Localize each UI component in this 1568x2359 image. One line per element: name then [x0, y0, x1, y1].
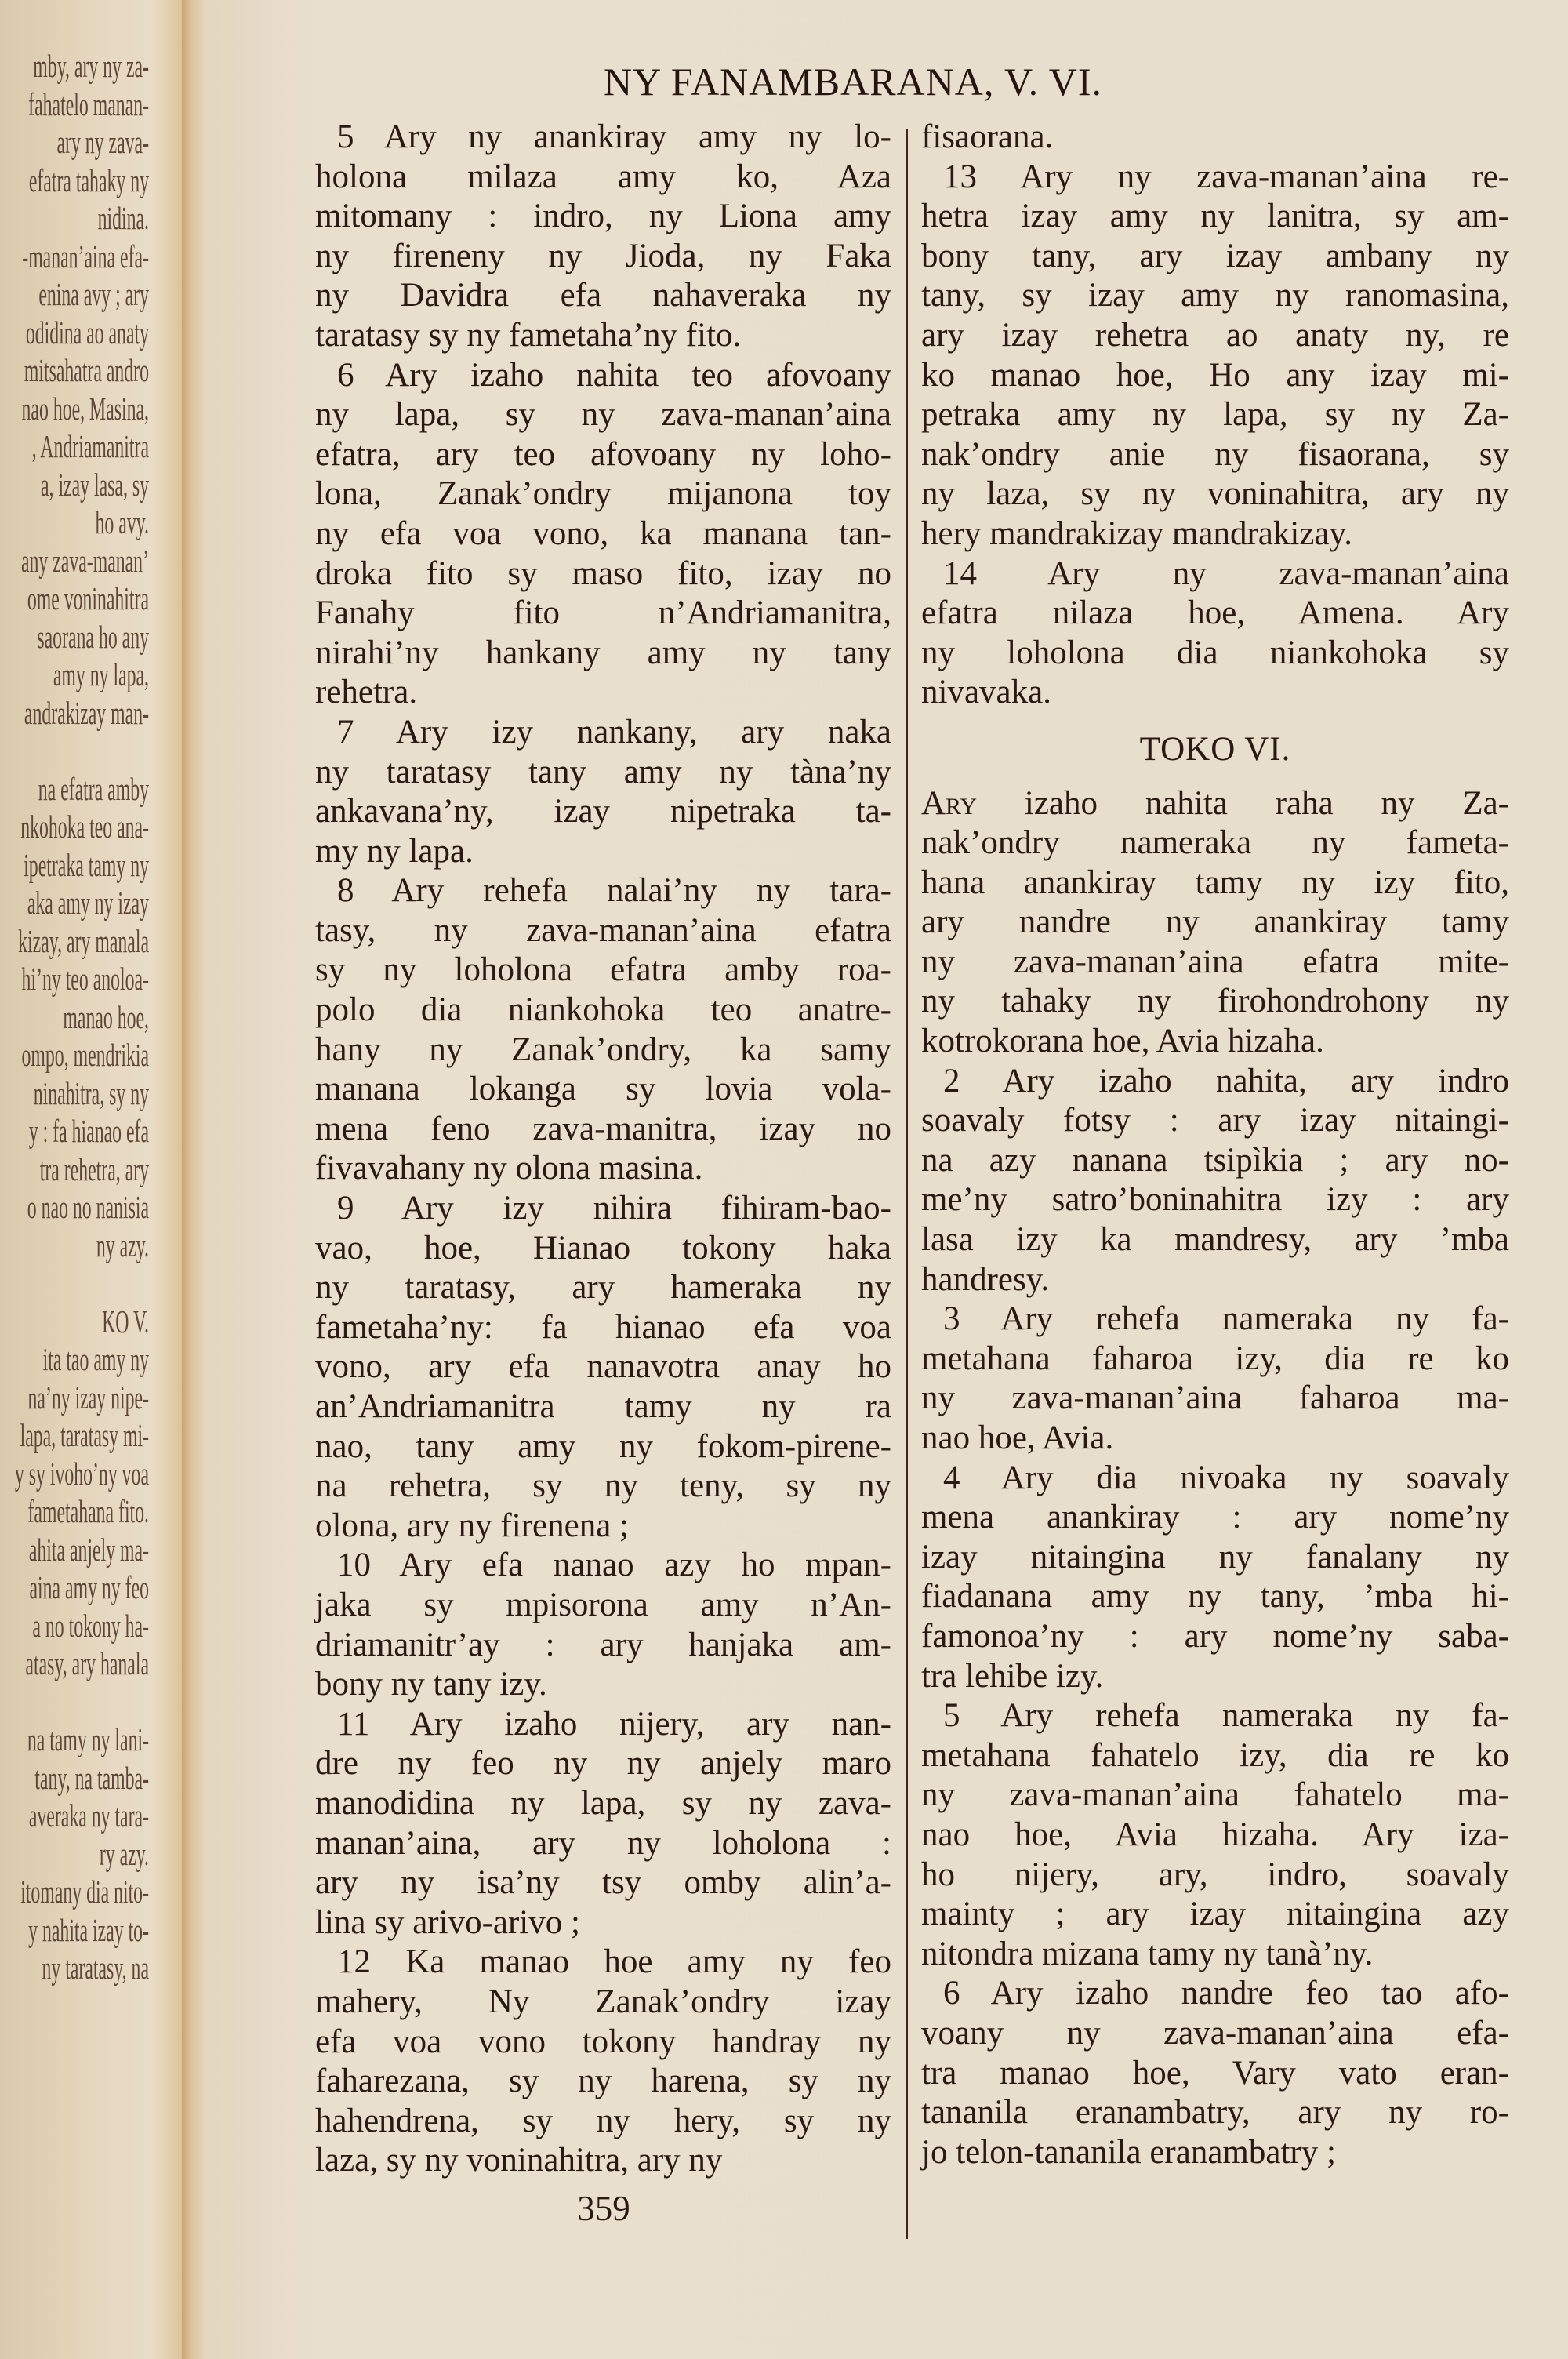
verse-start-line: 11 Ary izaho nijery, ary nan- — [315, 1705, 891, 1745]
opening-text: izaho nahita raha ny Za- — [977, 785, 1509, 822]
verse-start-line: 8 Ary rehefa nalai’ny ny tara- — [315, 871, 891, 911]
text-line: ny taratasy, ary hameraka ny — [315, 1268, 891, 1308]
chapter-heading: TOKO VI. — [921, 730, 1509, 770]
text-line: lina sy arivo-arivo ; — [315, 1903, 891, 1943]
text-line: tra lehibe izy. — [921, 1657, 1509, 1697]
text-line: ko manao hoe, Ho any izay mi- — [921, 356, 1509, 396]
verse-start-line: 13 Ary ny zava-manan’aina re- — [921, 158, 1509, 198]
text-line: famonoa’ny : ary nome’ny saba- — [921, 1617, 1509, 1657]
verse-start-line: 10 Ary efa nanao azy ho mpan- — [315, 1546, 891, 1586]
facing-page-line: ompo, mendrikia — [0, 1036, 149, 1074]
text-line: tananila eranambatry, ary ny ro- — [921, 2093, 1509, 2133]
text-line: faharezana, sy ny harena, sy ny — [315, 2062, 891, 2102]
facing-page-line: KO V. — [0, 1303, 149, 1341]
text-column-left: 5 Ary ny anankiray amy ny lo-holona mila… — [315, 118, 891, 2181]
text-line: ny zava-manan’aina fahatelo ma- — [921, 1776, 1509, 1816]
facing-page-line: ahita anjely ma- — [0, 1531, 149, 1569]
facing-page-line: atasy, ary hanala — [0, 1645, 149, 1683]
column-rule — [906, 129, 908, 2239]
facing-page-line: a, izay lasa, sy — [0, 466, 149, 504]
text-line: ny lapa, sy ny zava-manan’aina — [315, 395, 891, 435]
text-line: voany ny zava-manan’aina efa- — [921, 2014, 1509, 2054]
text-line: vono, ary efa nanavotra anay ho — [315, 1347, 891, 1387]
text-line: driamanitr’ay : ary hanjaka am- — [315, 1626, 891, 1666]
facing-page-line: aina amy ny feo — [0, 1568, 149, 1607]
facing-page-line: fahatelo manan- — [0, 85, 149, 124]
text-line: ny efa voa vono, ka manana tan- — [315, 514, 891, 554]
verse-start-line: 4 Ary dia nivoaka ny soavaly — [921, 1459, 1509, 1499]
text-line: rehetra. — [315, 673, 891, 713]
facing-page-line: efatra tahaky ny — [0, 162, 149, 200]
text-line: mainty ; ary izay nitaingina azy — [921, 1895, 1509, 1935]
text-line: efatra, ary teo afovoany ny loho- — [315, 435, 891, 475]
facing-page-line: hi’ny teo anoloa- — [0, 960, 149, 998]
text-line: me’ny satro’boninahitra izy : ary — [921, 1180, 1509, 1220]
facing-page-line: tany, na tamba- — [0, 1759, 149, 1797]
page-number: 359 — [564, 2188, 643, 2229]
text-line: nao hoe, Avia hizaha. Ary iza- — [921, 1816, 1509, 1856]
text-line: laza, sy ny voninahitra, ary ny — [315, 2141, 891, 2181]
facing-page-line: any zava-manan’ — [0, 542, 149, 580]
text-line: fivavahany ny olona masina. — [315, 1149, 891, 1189]
facing-page-line: ninahitra, sy ny — [0, 1074, 149, 1113]
facing-page-line: y sy ivoho’ny voa — [0, 1455, 149, 1493]
facing-page-line: ary ny zava- — [0, 123, 149, 162]
text-line: olona, ary ny firenena ; — [315, 1507, 891, 1547]
verse-start-line: 5 Ary ny anankiray amy ny lo- — [315, 118, 891, 158]
text-line: taratasy sy ny fametaha’ny fito. — [315, 316, 891, 356]
text-line: hery mandrakizay mandrakizay. — [921, 514, 1509, 554]
facing-page-line: averaka ny tara- — [0, 1797, 149, 1835]
text-line: na azy nanana tsipìkia ; ary no- — [921, 1141, 1509, 1181]
text-line: ny tahaky ny firohondrohony ny — [921, 982, 1509, 1022]
text-line: lasa izy ka mandresy, ary ’mba — [921, 1220, 1509, 1260]
facing-page-line: ny azy. — [0, 1227, 149, 1265]
text-line: mahery, Ny Zanak’ondry izay — [315, 1983, 891, 2023]
text-line: hana anankiray tamy ny izy fito, — [921, 863, 1509, 903]
facing-page-line: andrakizay man- — [0, 694, 149, 732]
facing-page-text: mby, ary ny za-fahatelo manan-ary ny zav… — [0, 47, 149, 1987]
text-line: ary izay rehetra ao anaty ny, re — [921, 316, 1509, 356]
text-line: nak’ondry anie ny fisaorana, sy — [921, 435, 1509, 475]
facing-page-line: lapa, taratasy mi- — [0, 1416, 149, 1455]
text-line: ny Davidra efa nahaveraka ny — [315, 276, 891, 316]
text-line: kotrokorana hoe, Avia hizaha. — [921, 1022, 1509, 1062]
text-line: mena feno zava-manitra, izay no — [315, 1110, 891, 1150]
facing-page-line: nkohoka teo ana- — [0, 808, 149, 846]
facing-page-line: fametahana fito. — [0, 1492, 149, 1531]
verse-start-line: 6 Ary izaho nahita teo afovoany — [315, 356, 891, 396]
text-line: ary ny isa’ny tsy omby alin’a- — [315, 1863, 891, 1903]
facing-page-line: amy ny lapa, — [0, 656, 149, 694]
verse-start-line: 7 Ary izy nankany, ary naka — [315, 713, 891, 753]
facing-page-line: a no tokony ha- — [0, 1607, 149, 1645]
facing-page-line: na’ny izay nipe- — [0, 1379, 149, 1417]
text-line: droka fito sy maso fito, izay no — [315, 554, 891, 594]
text-line: ny taratasy tany amy ny tàna’ny — [315, 753, 891, 793]
text-line: izay nitaingina ny fanalany ny — [921, 1538, 1509, 1578]
facing-page-line — [0, 1683, 149, 1721]
text-line: fametaha’ny: fa hianao efa voa — [315, 1308, 891, 1348]
facing-page-line: y : fa hianao efa — [0, 1112, 149, 1150]
facing-page-line: mitsahatra andro — [0, 351, 149, 390]
text-line: an’Andriamanitra tamy ny ra — [315, 1387, 891, 1427]
text-line: petraka amy ny lapa, sy ny Za- — [921, 395, 1509, 435]
text-line: metahana faharoa izy, dia re ko — [921, 1339, 1509, 1379]
facing-page-line: nao hoe, Masina, — [0, 390, 149, 428]
facing-page-line: ipetraka tamy ny — [0, 846, 149, 885]
text-line: tra manao hoe, Vary vato eran- — [921, 2054, 1509, 2094]
verse-start-line: 6 Ary izaho nandre feo tao afo- — [921, 1974, 1509, 2014]
facing-page-line: nidina. — [0, 199, 149, 238]
text-line: ankavana’ny, izay nipetraka ta- — [315, 792, 891, 832]
text-line: mitomany : indro, ny Liona amy — [315, 197, 891, 237]
text-column-right: fisaorana.13 Ary ny zava-manan’aina re-h… — [921, 118, 1509, 2172]
facing-page-line: kizay, ary manala — [0, 922, 149, 961]
text-line: sy ny loholona efatra amby roa- — [315, 951, 891, 990]
text-line: manodidina ny lapa, sy ny zava- — [315, 1784, 891, 1824]
text-line: my ny lapa. — [315, 832, 891, 872]
text-line: fiadanana amy ny tany, ’mba hi- — [921, 1577, 1509, 1617]
facing-page-line: mby, ary ny za- — [0, 47, 149, 85]
verse-start-line: 5 Ary rehefa nameraka ny fa- — [921, 1696, 1509, 1736]
text-line: Fanahy fito n’Andriamanitra, — [315, 594, 891, 634]
facing-page-line: itomany dia nito- — [0, 1873, 149, 1911]
facing-page-line: saorana ho any — [0, 618, 149, 656]
text-line: ho nijery, ary, indro, soavaly — [921, 1856, 1509, 1896]
facing-page-line: na efatra amby — [0, 770, 149, 809]
text-line: hahendrena, sy ny hery, sy ny — [315, 2102, 891, 2142]
facing-page-line: y nahita izay to- — [0, 1911, 149, 1950]
text-line: ny loholona dia niankohoka sy — [921, 634, 1509, 674]
facing-page-line — [0, 1264, 149, 1303]
text-line: ny zava-manan’aina faharoa ma- — [921, 1379, 1509, 1419]
text-line: vao, hoe, Hianao tokony haka — [315, 1229, 891, 1269]
facing-page-line: -manan’aina efa- — [0, 238, 149, 276]
text-line: jaka sy mpisorona amy n’An- — [315, 1586, 891, 1626]
text-line: manan’aina, ary ny loholona : — [315, 1824, 891, 1864]
book-gutter — [182, 0, 205, 2359]
text-line: hany ny Zanak’ondry, ka samy — [315, 1030, 891, 1070]
text-line: lona, Zanak’ondry mijanona toy — [315, 474, 891, 514]
text-line: nivavaka. — [921, 673, 1509, 713]
text-line: soavaly fotsy : ary izay nitaingi- — [921, 1101, 1509, 1141]
text-line: mena anankiray : ary nome’ny — [921, 1498, 1509, 1538]
facing-page-line: ry azy. — [0, 1835, 149, 1874]
facing-page-line: na tamy ny lani- — [0, 1721, 149, 1759]
text-line: efa voa vono tokony handray ny — [315, 2023, 891, 2063]
text-line: jo telon-tananila eranambatry ; — [921, 2133, 1509, 2173]
verse-start-line: 12 Ka manao hoe amy ny feo — [315, 1943, 891, 1983]
facing-page-line: enina avy ; ary — [0, 275, 149, 314]
text-line: holona milaza amy ko, Aza — [315, 158, 891, 198]
facing-page-line: ho avy. — [0, 503, 149, 542]
opening-smallcaps: Ary — [921, 785, 977, 822]
text-line: polo dia niankohoka teo anatre- — [315, 990, 891, 1030]
facing-page-line: ny taratasy, na — [0, 1949, 149, 1987]
text-line: tasy, ny zava-manan’aina efatra — [315, 911, 891, 951]
facing-page-line: odidina ao anaty — [0, 314, 149, 352]
facing-page-line: ita tao amy ny — [0, 1340, 149, 1379]
facing-page-line: ome voninahitra — [0, 580, 149, 618]
text-line: nirahi’ny hankany amy ny tany — [315, 634, 891, 674]
text-line: dre ny feo ny ny anjely maro — [315, 1744, 891, 1784]
text-line: nao hoe, Avia. — [921, 1419, 1509, 1459]
running-head: NY FANAMBARANA, V. VI. — [604, 59, 1200, 104]
text-line: nak’ondry nameraka ny fameta- — [921, 823, 1509, 863]
text-line: ny zava-manan’aina efatra mite- — [921, 943, 1509, 983]
text-line: nitondra mizana tamy ny tanà’ny. — [921, 1935, 1509, 1975]
text-line: ary nandre ny anankiray tamy — [921, 903, 1509, 943]
text-line: metahana fahatelo izy, dia re ko — [921, 1736, 1509, 1776]
facing-page-line: , Andriamanitra — [0, 427, 149, 466]
chapter-opening-line: Ary izaho nahita raha ny Za- — [921, 784, 1509, 824]
verse-start-line: 14 Ary ny zava-manan’aina — [921, 554, 1509, 594]
text-line: ny fireneny ny Jioda, ny Faka — [315, 237, 891, 277]
verse-start-line: 3 Ary rehefa nameraka ny fa- — [921, 1299, 1509, 1339]
text-line: fisaorana. — [921, 118, 1509, 158]
facing-page-line: o nao no nanisia — [0, 1188, 149, 1227]
text-line: ny laza, sy ny voninahitra, ary ny — [921, 474, 1509, 514]
text-line: efatra nilaza hoe, Amena. Ary — [921, 594, 1509, 634]
facing-page-line — [0, 732, 149, 770]
facing-page-line: aka amy ny izay — [0, 884, 149, 922]
facing-page: mby, ary ny za-fahatelo manan-ary ny zav… — [0, 0, 182, 2359]
text-line: nao, tany amy ny fokom-pirene- — [315, 1427, 891, 1467]
facing-page-line: tra rehetra, ary — [0, 1150, 149, 1189]
facing-page-line: manao hoe, — [0, 998, 149, 1037]
text-line: manana lokanga sy lovia vola- — [315, 1070, 891, 1110]
text-line: handresy. — [921, 1260, 1509, 1300]
text-line: bony ny tany izy. — [315, 1665, 891, 1705]
verse-start-line: 2 Ary izaho nahita, ary indro — [921, 1062, 1509, 1102]
text-line: tany, sy izay amy ny ranomasina, — [921, 276, 1509, 316]
text-line: bony tany, ary izay ambany ny — [921, 237, 1509, 277]
text-line: hetra izay amy ny lanitra, sy am- — [921, 197, 1509, 237]
verse-start-line: 9 Ary izy nihira fihiram-bao- — [315, 1189, 891, 1229]
text-line: na rehetra, sy ny teny, sy ny — [315, 1467, 891, 1507]
